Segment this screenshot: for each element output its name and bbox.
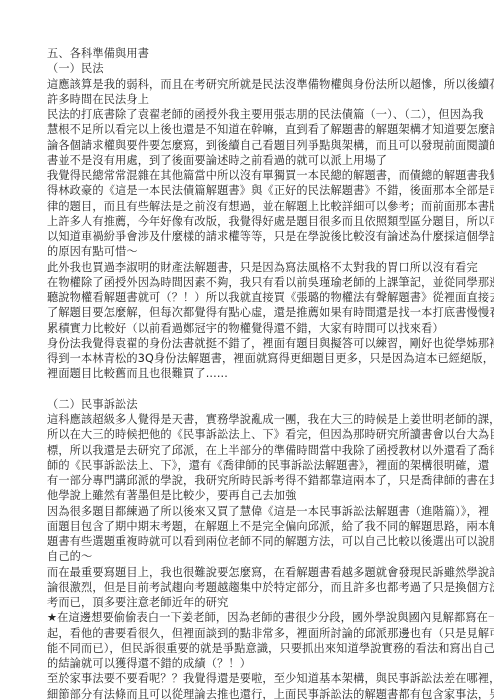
paragraph-line: 裡面題目比較舊而且也很難買了...... <box>47 366 487 381</box>
paragraph-line: 書並不是沒有用處，到了後面要論述時之前看過的就可以派上用場了 <box>47 153 487 168</box>
paragraph-line: 許多時間在民法身上 <box>47 92 487 107</box>
paragraph-line: 標，所以我還是去研究了邱派，在上半部分的準備時間當中我除了函授教材以外還看了喬律 <box>47 443 487 458</box>
paragraph-line: 得到一本林青松的3Q身份法解題書，裡面就寫得更細題目更多，只是因為這本已經絕版， <box>47 351 487 366</box>
section-spacer <box>47 382 487 397</box>
paragraph-line: 這應該算是我的弱科，而且在考研究所就是民法沒準備物權與身份法所以超慘，所以後續花 <box>47 77 487 92</box>
paragraph-line: 論很激烈，但是目前考試趨向考題越趨集中於特定部分，而且許多也都考過了只是換個方法 <box>47 580 487 595</box>
paragraph-line: 自己的～ <box>47 549 487 564</box>
paragraph-line: 考而已，頂多要注意老師近年的研究 <box>47 595 487 610</box>
document-page: 五、各科準備與用書 （一）民法 這應該算是我的弱科，而且在考研究所就是民法沒準備… <box>47 46 487 700</box>
civil-law-heading: （一）民法 <box>47 61 487 76</box>
paragraph-line: 得林政豪的《這是一本民法債篇解題書》與《正好的民法解題書》不錯，後面那本全部是司 <box>47 183 487 198</box>
paragraph-line: 至於家事法要不要看呢？？我覺得還是要啦，至少知道基本架構，與民事訴訟法差在哪裡， <box>47 671 487 686</box>
paragraph-line: ★在這邊想要偷偷表白一下姜老師，因為老師的書很少分段，國外學說與國內見解都寫在一 <box>47 610 487 625</box>
paragraph-line: 師的《民事訴訟法上、下》，還有《喬律師的民事訴訟法解題書》，裡面的架構很明確，還 <box>47 458 487 473</box>
paragraph-line: 所以在大三的時候把他的《民事訴訟法上、下》看完，但因為那時研究所讀書會以台大為目 <box>47 427 487 442</box>
civil-law-body: 這應該算是我的弱科，而且在考研究所就是民法沒準備物權與身份法所以超慘，所以後續花… <box>47 77 487 382</box>
paragraph-line: 慧根不足所以看完以上後也還是不知道在幹嘛，直到看了解題書的解題架構才知道要怎麼討 <box>47 122 487 137</box>
paragraph-line: 細節部分有法條而且可以從理論去推也還行，上面民事訴訟法的解題書都有包含家事法，另 <box>47 687 487 700</box>
paragraph-line: 聽說物權看解題書就可（？！）所以我就直接買《張璐的物權法有聲解題書》從裡面直接去 <box>47 290 487 305</box>
paragraph-line: 而在最重要寫題目上，我也很難說要怎麼寫，在看解題書看越多題就會發現民訴雖然學說討 <box>47 565 487 580</box>
paragraph-line: 身份法我覺得袁翟的身份法書就挺不錯了，裡面有題目與擬答可以練習，剛好也從學姊那裡 <box>47 336 487 351</box>
paragraph-line: 的原因有點可惜～ <box>47 244 487 259</box>
paragraph-line: 累積實力比較好（以前看過鄭冠宇的物權覺得還不錯，大家有時間可以找來看） <box>47 321 487 336</box>
civil-procedure-body: 這科應該超級多人覺得是天書，實務學說亂成一團，我在大三的時候是上姜世明老師的課，… <box>47 412 487 700</box>
paragraph-line: 民法的打底書除了袁翟老師的函授外我主要用張志朋的民法債篇（一）、（二），但因為我 <box>47 107 487 122</box>
paragraph-line: 我覺得民總常常混雜在其他篇當中所以沒有單獨買一本民總的解題書，而債總的解題書我覺 <box>47 168 487 183</box>
paragraph-line: 在物權除了函授外因為時間因素不夠，我只有看以前吳瑾瑜老師的上課筆記，並從同學那邊 <box>47 275 487 290</box>
section-title: 五、各科準備與用書 <box>47 46 487 61</box>
paragraph-line: 這科應該超級多人覺得是天書，實務學說亂成一團，我在大三的時候是上姜世明老師的課， <box>47 412 487 427</box>
paragraph-line: 以知道車禍紛爭會涉及什麼樣的請求權等等，只是在學說後比較沒有論述為什麼採這個學說 <box>47 229 487 244</box>
paragraph-line: 題書有些選題重複時就可以看到兩位老師不同的解題方法，可以自己比較以後選出可以說服 <box>47 534 487 549</box>
civil-procedure-heading: （二）民事訴訟法 <box>47 397 487 412</box>
paragraph-line: 因為很多題目都練過了所以後來又買了慧偉《這是一本民事訴訟法解題書（進階篇）》，裡 <box>47 504 487 519</box>
paragraph-line: 的結論就可以獲得還不錯的成績（？！） <box>47 656 487 671</box>
paragraph-line: 有一部分專門講邱派的學說，我研究所時民訴考得不錯都靠這兩本了，只是喬律師的書在其 <box>47 473 487 488</box>
paragraph-line: 他學說上雖然有著墨但是比較少，要再自己去加強 <box>47 488 487 503</box>
paragraph-line: 能不同而已），但民訴很重要的就是爭點意識，只要抓出來知道學說實務的看法和寫出自己 <box>47 641 487 656</box>
paragraph-line: 此外我也買過李淑明的財產法解題書，只是因為寫法風格不太對我的胃口所以沒有看完 <box>47 260 487 275</box>
paragraph-line: 起，看他的書要看很久，但裡面談到的點非常多，裡面所討論的邱派那邊也有（只是見解可 <box>47 626 487 641</box>
paragraph-line: 律的題目，而且有些解法是之前沒有想過，並在解題上比較詳細可以參考；而前面那本書版 <box>47 199 487 214</box>
paragraph-line: 上許多人有推薦，今年好像有改版，我覺得好處是題目很多而且依照類型區分題目，所以可 <box>47 214 487 229</box>
paragraph-line: 了解題目要怎麼解，但每次都覺得有點心虛，還是推薦如果有時間還是找一本打底書慢慢看 <box>47 305 487 320</box>
paragraph-line: 面題目包含了期中期末考題，在解題上不是完全偏向邱派，給了我不同的解題思路，兩本解 <box>47 519 487 534</box>
paragraph-line: 論各個請求權與要件要怎麼寫，到後續自己看題目列爭點與架構，而且可以發現前面閱讀的 <box>47 138 487 153</box>
